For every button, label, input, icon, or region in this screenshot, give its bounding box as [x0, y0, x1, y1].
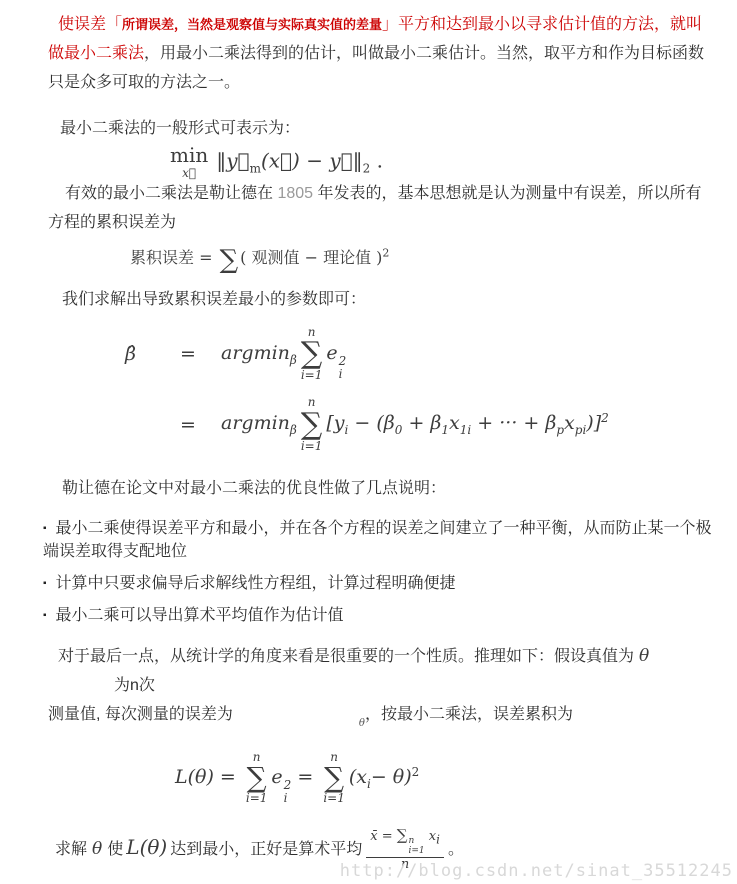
- red-quote-text: 所谓误差，当然是观察值与实际真实值的差量: [122, 17, 382, 32]
- theta-symbol: θ: [87, 839, 107, 859]
- last-point-paragraph: 对于最后一点，从统计学的角度来看是很重要的一个性质。推理如下：假设真值为θ为n次…: [48, 642, 713, 738]
- solve-params-lead: 我们求解出导致累积误差最小的参数即可：: [48, 285, 713, 314]
- legendre-paragraph: 有效的最小二乘法是勒让德在 1805 年发表的，基本思想就是认为测量中有误差，所…: [48, 179, 713, 237]
- argmin-row-2: argminβn∑i=1[yi − (β0 + β1x1i + ··· + βp…: [221, 396, 737, 452]
- list-item: ▪计算中只要求偏导后求解线性方程组，计算过程明确便捷: [43, 572, 713, 595]
- sum-symbol: n∑i=1: [246, 751, 268, 805]
- general-form-lead: 最小二乘法的一般形式可表示为：: [48, 114, 713, 143]
- list-item: ▪最小二乘使得误差平方和最小，并在各个方程的误差之间建立了一种平衡，从而防止某一…: [43, 517, 713, 563]
- sum-symbol: n∑i=1: [301, 396, 323, 452]
- article-body: 使误差「所谓误差，当然是观察值与实际真实值的差量」平方和达到最小以寻求估计值的方…: [0, 10, 737, 873]
- formula-least-squares-general: minx⃗‖y⃗m(x⃗) − y⃗‖2 .: [170, 145, 737, 179]
- formula-loss: L(θ) = n∑i=1e2i = n∑i=1(xi− θ)2: [175, 751, 737, 805]
- L-theta-symbol: L(θ): [123, 835, 170, 859]
- min-operator: minx⃗: [170, 145, 208, 179]
- year-1805: 1805: [277, 185, 313, 202]
- sum-symbol: n∑i=1: [301, 326, 323, 382]
- intro-rest-text: ，用最小二乘法得到的估计，叫做最小二乘估计。当然，取平方和作为目标函数只是众多可…: [48, 45, 704, 91]
- square-bullet-icon: ▪: [43, 610, 47, 621]
- theta-symbol: θ: [634, 646, 654, 666]
- beta-hat: β̂: [125, 343, 155, 365]
- square-bullet-icon: ▪: [43, 578, 47, 589]
- argmin-row-1: argminβn∑i=1e2i: [221, 326, 737, 382]
- formula-cumulative-error: 累积误差 = ∑( 观测值 − 理论值 )2: [130, 245, 737, 268]
- sigma-symbol: ∑: [220, 245, 239, 275]
- watermark-url: http://blog.csdn.net/sinat_35512245: [340, 861, 733, 881]
- bullet-list: ▪最小二乘使得误差平方和最小，并在各个方程的误差之间建立了一种平衡，从而防止某一…: [43, 517, 713, 627]
- square-bullet-icon: ▪: [43, 523, 47, 534]
- sum-symbol: n∑i=1: [323, 751, 345, 805]
- formula-argmin: β̂ = argminβn∑i=1e2i = argminβn∑i=1[yi −…: [125, 326, 737, 453]
- merits-lead: 勒让德在论文中对最小二乘法的优良性做了几点说明：: [48, 474, 713, 503]
- list-item: ▪最小二乘可以导出算术平均值作为估计值: [43, 604, 713, 627]
- intro-paragraph: 使误差「所谓误差，当然是观察值与实际真实值的差量」平方和达到最小以寻求估计值的方…: [48, 10, 713, 97]
- red-text-open: 使误差「: [58, 16, 122, 33]
